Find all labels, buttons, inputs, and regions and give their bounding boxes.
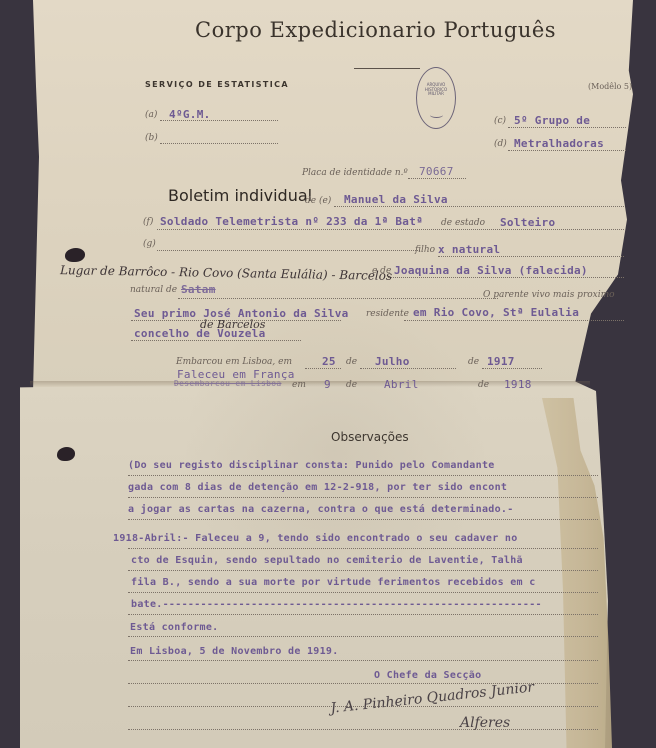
obs-line xyxy=(128,519,598,520)
marital-status-value: Solteiro xyxy=(500,216,555,229)
obs-text-line: cto de Esquin, sendo sepultado no cemite… xyxy=(131,555,523,566)
embark-year: 1917 xyxy=(487,355,515,368)
field-c-label: (c) xyxy=(494,116,506,126)
death-em-label: em xyxy=(292,380,306,390)
soldier-name: Manuel da Silva xyxy=(344,193,448,206)
rank-value: Soldado Telemetrista nº 233 da 1ª Batª xyxy=(160,215,423,228)
death-day: 9 xyxy=(324,378,331,391)
model-label: (Modêlo 5) xyxy=(588,82,632,91)
place-date-text: Em Lisboa, 5 de Novembro de 1919. xyxy=(130,646,339,657)
embark-day: 25 xyxy=(322,355,336,368)
residence-line xyxy=(404,320,624,321)
field-a-value: 4ºG.M. xyxy=(169,108,211,121)
identity-plate-line xyxy=(408,178,466,179)
obs-text-line: gada com 8 dias de detenção em 12-2-918,… xyxy=(128,482,507,493)
natural-label: natural de xyxy=(130,285,177,295)
obs-line xyxy=(128,614,598,615)
death-of-label-2: de xyxy=(478,380,489,390)
field-c-value: 5º Grupo de xyxy=(514,114,590,127)
signature-rank: Alferes xyxy=(460,715,510,731)
field-g-line xyxy=(157,250,420,251)
field-d-line xyxy=(508,150,626,151)
son-label: filho xyxy=(415,245,435,255)
son-value: x natural xyxy=(438,243,500,256)
field-b-label: (b) xyxy=(145,133,158,143)
natural-line xyxy=(178,298,498,299)
bulletin-heading: Boletim individual xyxy=(168,186,312,205)
document-title: Corpo Expedicionario Português xyxy=(195,18,556,42)
embark-year-line xyxy=(482,368,542,369)
embark-month: Julho xyxy=(375,355,410,368)
obs-text-line: 1918-Abril:- Faleceu a 9, tendo sido enc… xyxy=(113,533,518,544)
crest-icon xyxy=(430,112,443,118)
resident-label: residente xyxy=(366,309,409,319)
field-c-line xyxy=(508,127,626,128)
struck-disembark-label: Desembarcou em Lisboa xyxy=(174,379,281,388)
obs-text-line: bate.-----------------------------------… xyxy=(131,599,601,610)
title-divider xyxy=(354,68,420,69)
identity-plate-value: 70667 xyxy=(419,165,454,178)
son-line xyxy=(438,256,624,257)
natural-value: Satam xyxy=(181,283,216,296)
marital-state-label: de estado xyxy=(441,218,485,228)
obs-line xyxy=(128,660,598,661)
embark-day-line xyxy=(305,368,341,369)
obs-line xyxy=(128,729,598,730)
obs-line xyxy=(128,475,598,476)
residence-value: em Rio Covo, Stª Eulalia xyxy=(413,306,579,319)
embark-month-line xyxy=(360,368,456,369)
death-month: Abril xyxy=(384,378,419,391)
obs-line xyxy=(128,636,598,637)
obs-line xyxy=(128,497,598,498)
field-b-line xyxy=(160,143,278,144)
obs-text-line: a jogar as cartas na cazerna, contra o q… xyxy=(128,504,514,515)
signatory-title: O Chefe da Secção xyxy=(374,670,481,681)
death-year: 1918 xyxy=(504,378,532,391)
embark-label: Embarcou em Lisboa, em xyxy=(176,357,292,367)
field-d-value: Metralhadoras xyxy=(514,137,604,150)
identity-plate-label: Placa de identidade n.º xyxy=(302,168,408,178)
obs-text-line: fila B., sendo a sua morte por virtude f… xyxy=(131,577,536,588)
death-of-label-1: de xyxy=(346,380,357,390)
mother-label: e de xyxy=(372,266,391,276)
archive-stamp: ARQUIVO HISTORICO MILITAR xyxy=(416,67,456,129)
mother-value: Joaquina da Silva (falecida) xyxy=(394,264,588,277)
conformity-text: Está conforme. xyxy=(130,622,219,633)
ink-blot xyxy=(65,248,85,262)
rank-line xyxy=(157,229,624,230)
mother-line xyxy=(388,277,624,278)
department-label: SERVIÇO DE ESTATISTICA xyxy=(145,80,289,89)
council-line xyxy=(131,340,301,341)
ink-blot xyxy=(57,447,75,461)
council-value: concelho de Vouzela xyxy=(134,327,266,340)
obs-text-line: (Do seu registo disciplinar consta: Puni… xyxy=(128,460,495,471)
observations-heading: Observações xyxy=(331,430,409,444)
next-of-kin-label: O parente vivo mais proximo xyxy=(483,290,615,300)
field-g-label: (g) xyxy=(143,239,156,249)
obs-line xyxy=(128,592,598,593)
field-f-label: (f) xyxy=(143,217,153,227)
field-a-label: (a) xyxy=(145,110,157,120)
name-label: de (e) xyxy=(305,196,331,206)
obs-line xyxy=(128,570,598,571)
name-line xyxy=(334,206,624,207)
stamp-text: ARQUIVO HISTORICO MILITAR xyxy=(421,83,451,96)
embark-of-label-1: de xyxy=(346,357,357,367)
embark-of-label-2: de xyxy=(468,357,479,367)
obs-line xyxy=(128,548,598,549)
field-d-label: (d) xyxy=(494,139,507,149)
